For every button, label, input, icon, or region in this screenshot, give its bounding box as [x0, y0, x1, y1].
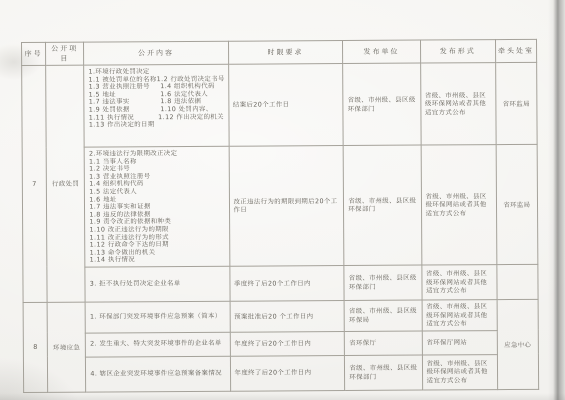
lead-office-cell: 应急中心	[497, 299, 539, 389]
content-line: 1.13 作出决定的日期	[89, 121, 224, 129]
table-row: 2. 发生重大、特大突发环境事件的企业名单年度终了后20个工作日内省环保厅省环保…	[23, 330, 538, 357]
content-cell: 4. 辖区企业突发环境事件应急预案备案情况	[86, 356, 230, 392]
publish-form-cell: 省级、市州级、县区级环保网站或者其他适宜方式公布	[422, 300, 497, 331]
time-limit-cell: 季度终了后20个工作日内	[229, 265, 344, 301]
publish-unit-cell: 省级、市州级、县区级环保部门	[343, 145, 421, 265]
publish-unit-cell: 省级、市州级、县区级环保部门	[344, 265, 421, 300]
disclosure-table-grid: 序号公开项目公开内容时限要求发布单位发布形式牵头处室7行政处罚1.环境行政处罚决…	[21, 39, 539, 393]
time-limit-cell: 年度终了后20个工作日内	[230, 355, 345, 391]
content-line: 3. 拒不执行处罚决定企业名单	[90, 280, 225, 288]
lead-office-cell	[497, 264, 538, 299]
time-limit-cell: 预案批准后20 个工作日内	[230, 300, 345, 331]
table-row: 3. 拒不执行处罚决定企业名单季度终了后20个工作日内省级、市州级、县区级环保部…	[23, 264, 538, 302]
publish-form-cell: 省级、市州级、县区级环保网站或者其他适宜方式公布	[422, 354, 497, 389]
content-line: 2. 发生重大、特大突发环境事件的企业名单	[90, 340, 225, 348]
scan-bottom-shadow	[0, 393, 565, 400]
scanned-page: 序号公开项目公开内容时限要求发布单位发布形式牵头处室7行政处罚1.环境行政处罚决…	[0, 0, 565, 400]
content-cell: 3. 拒不执行处罚决定企业名单	[85, 266, 229, 302]
lead-office-cell: 省环监局	[495, 62, 537, 144]
column-header: 发布单位	[343, 40, 420, 63]
publish-unit-cell: 省级、市州级、县区级环保部门	[343, 63, 421, 145]
publish-unit-cell: 省环保厅	[345, 331, 422, 355]
content-cell: 1.环境行政处罚决定1.1 被处罚单位的名称1.2 行政处罚决定书号1.3 营业…	[84, 64, 229, 147]
serial-cell: 7	[22, 65, 48, 302]
column-header: 发布形式	[420, 40, 495, 63]
item-cell: 环境应急	[47, 302, 86, 392]
table-row: 4. 辖区企业突发环境事件应急预案备案情况年度终了后20个工作日内省级、市州级、…	[23, 354, 538, 392]
lead-office-cell: 省环监局	[496, 144, 538, 264]
column-header: 序号	[22, 42, 46, 65]
item-cell: 行政处罚	[46, 65, 86, 302]
publish-form-cell: 省级、市州级、县区级环保网站或者其他适宜方式公布	[421, 145, 497, 265]
time-limit-cell: 改正违法行为的期限到期后20个工作日	[229, 146, 345, 267]
table-row: 8环境应急1. 环保部门突发环境事件应急预案（简本）预案批准后20 个工作日内省…	[23, 299, 538, 333]
time-limit-cell: 结案后20个工作日	[228, 64, 343, 147]
content-cell: 1. 环保部门突发环境事件应急预案（简本）	[85, 301, 229, 333]
publish-form-cell: 省级、市州级、县区级环保网站或者其他适宜方式公布	[421, 265, 496, 300]
publish-form-cell: 省级、市州级、县区级环保网站或者其他适宜方式公布	[420, 63, 496, 145]
scan-edge-shadow	[548, 0, 565, 400]
content-line: 1. 环保部门突发环境事件应急预案（简本）	[90, 313, 225, 321]
column-header: 公开项目	[46, 42, 84, 65]
publish-form-cell: 省环保厅网站	[422, 330, 497, 354]
serial-cell: 8	[23, 302, 48, 392]
content-line: 1.14 执行情况	[90, 256, 225, 264]
content-line: 4. 辖区企业突发环境事件应急预案备案情况	[90, 370, 225, 378]
header-row: 序号公开项目公开内容时限要求发布单位发布形式牵头处室	[22, 39, 537, 65]
publish-unit-cell: 省级、市州级、县区级环保部门	[345, 355, 422, 390]
table-row: 7行政处罚1.环境行政处罚决定1.1 被处罚单位的名称1.2 行政处罚决定书号1…	[22, 62, 537, 147]
column-header: 公开内容	[84, 41, 228, 65]
column-header: 时限要求	[228, 41, 343, 65]
content-cell: 2. 发生重大、特大突发环境事件的企业名单	[86, 332, 230, 357]
disclosure-table: 序号公开项目公开内容时限要求发布单位发布形式牵头处室7行政处罚1.环境行政处罚决…	[21, 39, 539, 393]
time-limit-cell: 年度终了后20个工作日内	[230, 331, 345, 356]
content-line-right: 1.12 作出决定的机关	[158, 113, 224, 121]
content-cell: 2.环境违法行为限期改正决定1.1 当事人名称1.2 决定书号1.3 营业执照注…	[84, 146, 229, 267]
column-header: 牵头处室	[495, 39, 536, 62]
table-row: 2.环境违法行为限期改正决定1.1 当事人名称1.2 决定书号1.3 营业执照注…	[22, 144, 538, 267]
publish-unit-cell: 省级、市州级、县区级环保局	[344, 300, 421, 331]
